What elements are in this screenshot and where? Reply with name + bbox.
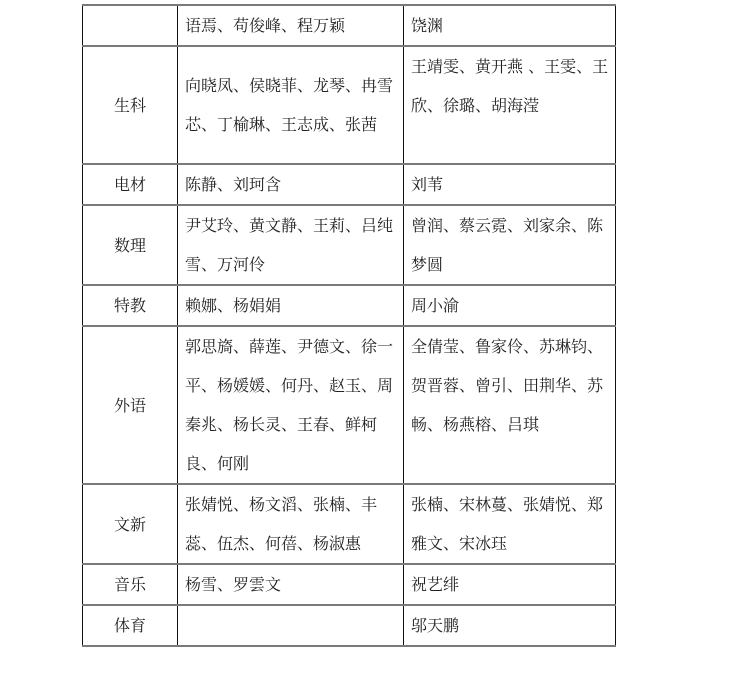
dept-cell [83,5,178,46]
names-cell-col3: 祝艺绯 [404,564,616,605]
names-cell-col3: 邬天鹏 [404,605,616,646]
names-cell-col2 [178,605,404,646]
names-cell-col2: 郭思旖、薛莲、尹德文、徐一平、杨媛媛、何丹、赵玉、周秦兆、杨长灵、王春、鲜柯良、… [178,326,404,484]
dept-cell: 特教 [83,285,178,326]
dept-cell: 文新 [83,484,178,564]
names-cell-col2: 张婧悦、杨文滔、张楠、丰蕊、伍杰、何蓓、杨淑惠 [178,484,404,564]
names-cell-col2: 语焉、苟俊峰、程万颖 [178,5,404,46]
table-row: 特教 赖娜、杨娟娟 周小渝 [83,285,616,326]
names-cell-col2: 陈静、刘珂含 [178,164,404,205]
names-cell-col2: 杨雪、罗雲文 [178,564,404,605]
names-cell-col3: 饶渊 [404,5,616,46]
dept-cell: 数理 [83,205,178,285]
names-cell-col2: 向晓凤、侯晓菲、龙琴、冉雪芯、丁榆琳、王志成、张茜 [178,46,404,164]
table-row: 体育 邬天鹏 [83,605,616,646]
dept-cell: 外语 [83,326,178,484]
table-row: 生科 向晓凤、侯晓菲、龙琴、冉雪芯、丁榆琳、王志成、张茜 王靖雯、黄开燕 、王雯… [83,46,616,164]
dept-cell: 生科 [83,46,178,164]
table-row: 外语 郭思旖、薛莲、尹德文、徐一平、杨媛媛、何丹、赵玉、周秦兆、杨长灵、王春、鲜… [83,326,616,484]
names-cell-col3: 王靖雯、黄开燕 、王雯、王欣、徐璐、胡海滢 [404,46,616,164]
table-row: 数理 尹艾玲、黄文静、王莉、吕纯雪、万河伶 曾润、蔡云霓、刘家余、陈梦圆 [83,205,616,285]
names-cell-col2: 赖娜、杨娟娟 [178,285,404,326]
names-cell-col3: 周小渝 [404,285,616,326]
names-cell-col3: 曾润、蔡云霓、刘家余、陈梦圆 [404,205,616,285]
names-cell-col2: 尹艾玲、黄文静、王莉、吕纯雪、万河伶 [178,205,404,285]
dept-cell: 音乐 [83,564,178,605]
dept-cell: 电材 [83,164,178,205]
names-cell-col3: 张楠、宋林蔓、张婧悦、郑雅文、宋冰珏 [404,484,616,564]
table-row: 语焉、苟俊峰、程万颖 饶渊 [83,5,616,46]
roster-table: 语焉、苟俊峰、程万颖 饶渊 生科 向晓凤、侯晓菲、龙琴、冉雪芯、丁榆琳、王志成、… [82,4,616,647]
names-cell-col3: 全倩莹、鲁家伶、苏琳钧、贺晋蓉、曾引、田荆华、苏畅、杨燕榕、吕琪 [404,326,616,484]
table-row: 音乐 杨雪、罗雲文 祝艺绯 [83,564,616,605]
table-row: 电材 陈静、刘珂含 刘苇 [83,164,616,205]
names-cell-col3: 刘苇 [404,164,616,205]
table-row: 文新 张婧悦、杨文滔、张楠、丰蕊、伍杰、何蓓、杨淑惠 张楠、宋林蔓、张婧悦、郑雅… [83,484,616,564]
dept-cell: 体育 [83,605,178,646]
